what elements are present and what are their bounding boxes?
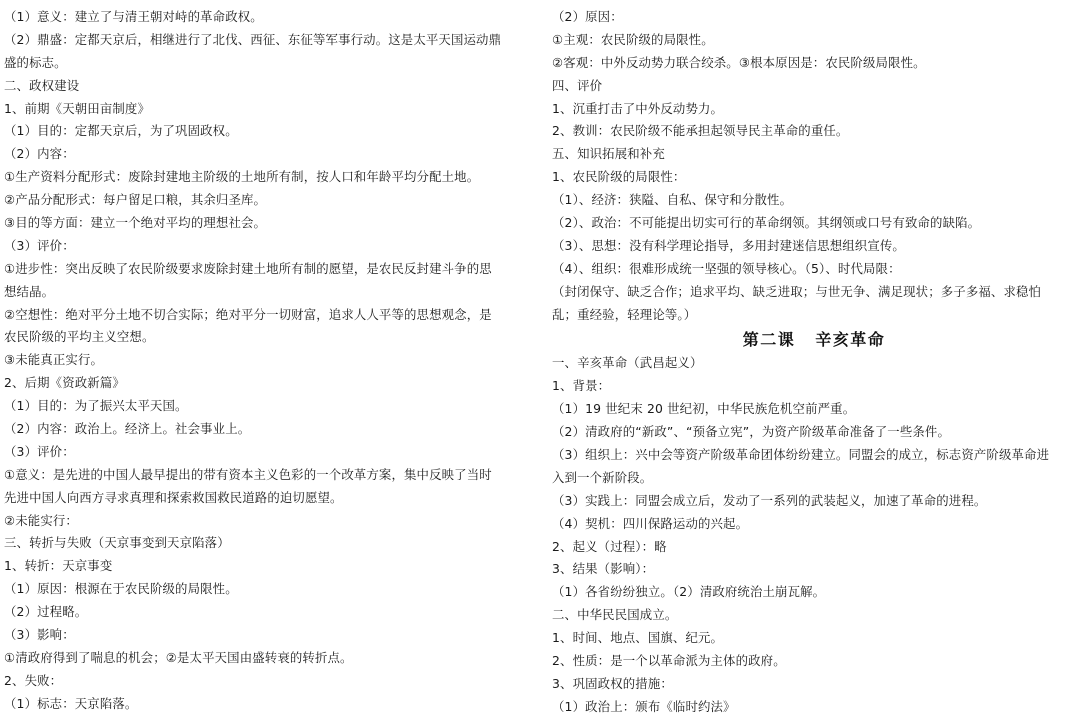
section-heading: 二、政权建设 [4,75,526,98]
text-line: 2、起义（过程）：略 [552,536,1076,559]
text-line: （2）、政治：不可能提出切实可行的革命纲领。其纲领或口号有致命的缺陷。 [552,212,1076,235]
text-line: （1）意义：建立了与清王朝对峙的革命政权。 [4,6,526,29]
text-line: 想结晶。 [4,281,526,304]
text-line: 3、结果（影响）： [552,558,1076,581]
text-line: （2）原因： [552,6,1076,29]
text-line: 2、失败： [4,670,526,693]
text-line: 先进中国人向西方寻求真理和探索救国救民道路的迫切愿望。 [4,487,526,510]
text-line: （2）鼎盛：定都天京后，相继进行了北伐、西征、东征等军事行动。这是太平天国运动鼎 [4,29,526,52]
text-line: 3、巩固政权的措施： [552,673,1076,696]
text-line: ③未能真正实行。 [4,349,526,372]
text-line: 入到一个新阶段。 [552,467,1076,490]
text-line: ②空想性：绝对平分土地不切合实际；绝对平分一切财富，追求人人平等的思想观念，是 [4,304,526,327]
text-line: （1）政治上：颁布《临时约法》 [552,696,1076,719]
text-line: （1）目的：为了振兴太平天国。 [4,395,526,418]
text-line: （1）目的：定都天京后，为了巩固政权。 [4,120,526,143]
text-line: 1、背景： [552,375,1076,398]
text-line: （3）评价： [4,441,526,464]
text-line: 1、时间、地点、国旗、纪元。 [552,627,1076,650]
text-line: 农民阶级的平均主义空想。 [4,326,526,349]
section-heading: 四、评价 [552,75,1076,98]
text-line: （封闭保守、缺乏合作；追求平均、缺乏进取；与世无争、满足现状；多子多福、求稳怕 [552,281,1076,304]
section-heading: 五、知识拓展和补充 [552,143,1076,166]
text-line: （1）各省纷纷独立。（2）清政府统治土崩瓦解。 [552,581,1076,604]
text-line: （4）契机：四川保路运动的兴起。 [552,513,1076,536]
text-line: ②客观：中外反动势力联合绞杀。③根本原因是：农民阶级局限性。 [552,52,1076,75]
text-line: 乱；重经验，轻理论等。） [552,304,1076,327]
text-line: （1）原因：根源在于农民阶级的局限性。 [4,578,526,601]
text-line: （2）过程略。 [4,601,526,624]
left-column: （1）意义：建立了与清王朝对峙的革命政权。 （2）鼎盛：定都天京后，相继进行了北… [0,0,540,719]
lesson-number: 第二课 [743,330,796,349]
text-line: 2、性质：是一个以革命派为主体的政府。 [552,650,1076,673]
text-line: 1、农民阶级的局限性： [552,166,1076,189]
section-heading: 一、辛亥革命（武昌起义） [552,352,1076,375]
text-line: （3）、思想：没有科学理论指导，多用封建迷信思想组织宣传。 [552,235,1076,258]
text-line: （3）评价： [4,235,526,258]
text-line: ①清政府得到了喘息的机会；②是太平天国由盛转衰的转折点。 [4,647,526,670]
text-line: （2）内容： [4,143,526,166]
text-line: 盛的标志。 [4,52,526,75]
text-line: （1）、经济：狭隘、自私、保守和分散性。 [552,189,1076,212]
left-column-lines: （1）意义：建立了与清王朝对峙的革命政权。 （2）鼎盛：定都天京后，相继进行了北… [4,0,526,716]
text-line: ③目的等方面：建立一个绝对平均的理想社会。 [4,212,526,235]
text-line: ①主观：农民阶级的局限性。 [552,29,1076,52]
text-line: （3）组织上：兴中会等资产阶级革命团体纷纷建立。同盟会的成立，标志资产阶级革命进 [552,444,1076,467]
text-line: （2）内容：政治上。经济上。社会事业上。 [4,418,526,441]
text-line: （1）19 世纪末 20 世纪初，中华民族危机空前严重。 [552,398,1076,421]
lesson-heading: 第二课辛亥革命 [552,327,1076,352]
text-line: ①意义：是先进的中国人最早提出的带有资本主义色彩的一个改革方案，集中反映了当时 [4,464,526,487]
text-line: 2、后期《资政新篇》 [4,372,526,395]
right-column: （2）原因： ①主观：农民阶级的局限性。 ②客观：中外反动势力联合绞杀。③根本原… [540,0,1080,719]
text-line: 1、转折：天京事变 [4,555,526,578]
section-heading: 二、中华民民国成立。 [552,604,1076,627]
text-line: （1）标志：天京陷落。 [4,693,526,716]
text-line: ②未能实行： [4,510,526,533]
text-line: （4）、组织：很难形成统一坚强的领导核心。（5）、时代局限： [552,258,1076,281]
section-heading: 三、转折与失败（天京事变到天京陷落） [4,532,526,555]
text-line: 1、前期《天朝田亩制度》 [4,98,526,121]
text-line: ①生产资料分配形式：废除封建地主阶级的土地所有制，按人口和年龄平均分配土地。 [4,166,526,189]
text-line: （3）实践上：同盟会成立后，发动了一系列的武装起义，加速了革命的进程。 [552,490,1076,513]
text-line: （3）影响： [4,624,526,647]
text-line: ②产品分配形式：每户留足口粮，其余归圣库。 [4,189,526,212]
document-page: （1）意义：建立了与清王朝对峙的革命政权。 （2）鼎盛：定都天京后，相继进行了北… [0,0,1080,719]
text-line: （2）清政府的“新政”、“预备立宪”，为资产阶级革命准备了一些条件。 [552,421,1076,444]
text-line: 2、教训：农民阶级不能承担起领导民主革命的重任。 [552,120,1076,143]
lesson-title: 辛亥革命 [815,330,885,349]
right-column-lines: （2）原因： ①主观：农民阶级的局限性。 ②客观：中外反动势力联合绞杀。③根本原… [552,0,1076,719]
text-line: 1、沉重打击了中外反动势力。 [552,98,1076,121]
text-line: ①进步性：突出反映了农民阶级要求废除封建土地所有制的愿望，是农民反封建斗争的思 [4,258,526,281]
